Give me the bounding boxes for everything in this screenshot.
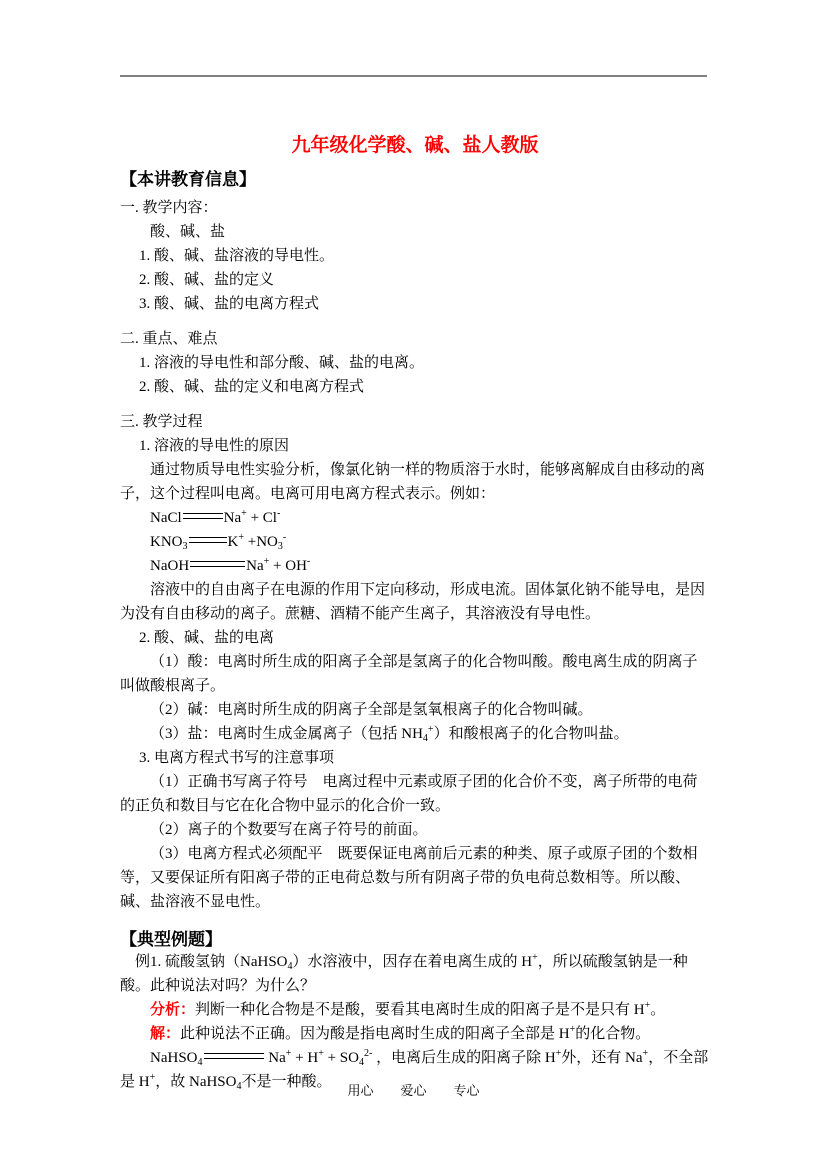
solution-label: 解： <box>150 1026 180 1042</box>
formula-segment: +NO <box>244 534 278 550</box>
text-segment: 的化合物。 <box>575 1026 650 1042</box>
note-3: （3）电离方程式必须配平 既要保证电离前后元素的种类、原子或原子团的个数相等，又… <box>120 842 710 914</box>
footer-word: 爱心 <box>400 1082 426 1100</box>
equation-nacl: NaClNa+ + Cl- <box>120 506 710 530</box>
formula-segment: NaCl <box>150 510 182 526</box>
text-segment: 。 <box>650 1002 665 1018</box>
list-item: 3. 酸、碱、盐的电离方程式 <box>120 292 710 316</box>
formula-segment: NaOH <box>150 558 189 574</box>
equation-naoh: NaOHNa+ + OH- <box>120 554 710 578</box>
list-item: 1. 溶液的导电性和部分酸、碱、盐的电离。 <box>120 351 710 375</box>
formula-segment: + H <box>291 1050 318 1066</box>
text-segment: ，电离后生成的阳离子除 H <box>372 1050 555 1066</box>
list-item: 1. 酸、碱、盐溶液的导电性。 <box>120 244 710 268</box>
subscript-count: 3 <box>183 541 188 552</box>
teaching-content-head: 一. 教学内容： <box>120 196 710 220</box>
list-item: 2. 酸、碱、盐的电离 <box>120 626 710 650</box>
formula-segment: K <box>228 534 239 550</box>
analysis-paragraph: 分析：判断一种化合物是不是酸，要看其电离时生成的阳离子是不是只有 H+。 <box>120 998 710 1022</box>
teaching-process-head: 三. 教学过程 <box>120 410 710 434</box>
list-item: 2. 酸、碱、盐的定义 <box>120 268 710 292</box>
list-item: 2. 酸、碱、盐的定义和电离方程式 <box>120 375 710 399</box>
solution-paragraph: 解：此种说法不正确。因为酸是指电离时生成的阳离子全部是 H+的化合物。 <box>120 1022 710 1046</box>
formula-segment: KNO <box>150 534 183 550</box>
text-segment: 例1. 硫酸氢钠（NaHSO <box>135 954 288 970</box>
document-content: 九年级化学酸、碱、盐人教版 【本讲教育信息】 一. 教学内容： 酸、碱、盐 1.… <box>120 0 710 1094</box>
text-segment: 外，还有 Na <box>561 1050 642 1066</box>
double-bond-line <box>189 537 227 543</box>
formula-segment: NaHSO <box>150 1050 198 1066</box>
note-2: （2）离子的个数要写在离子符号的前面。 <box>120 818 710 842</box>
list-item: 1. 溶液的导电性的原因 <box>120 434 710 458</box>
teaching-content-sub: 酸、碱、盐 <box>120 220 710 244</box>
list-item: 3. 电离方程式书写的注意事项 <box>120 746 710 770</box>
example-1-question: 例1. 硫酸氢钠（NaHSO4）水溶液中，因存在着电离生成的 H+，所以硫酸氢钠… <box>120 950 710 998</box>
formula-segment: + SO <box>324 1050 359 1066</box>
text-segment: （3）盐：电离时生成金属离子（包括 NH <box>150 726 423 742</box>
formula-segment: Na <box>265 1050 286 1066</box>
info-section-heading: 【本讲教育信息】 <box>120 170 710 190</box>
subscript-count: 4 <box>198 1057 203 1068</box>
formula-segment: Na <box>246 558 264 574</box>
acid-definition: （1）酸：电离时所生成的阳离子全部是氢离子的化合物叫酸。酸电离生成的阴离子叫做酸… <box>120 650 710 698</box>
key-points-head: 二. 重点、难点 <box>120 327 710 351</box>
note-1: （1）正确书写离子符号 电离过程中元素或原子团的化合价不变，离子所带的电荷的正负… <box>120 770 710 818</box>
double-bond-line <box>190 561 245 567</box>
salt-definition: （3）盐：电离时生成金属离子（包括 NH4+）和酸根离子的化合物叫盐。 <box>120 722 710 746</box>
text-segment: 此种说法不正确。因为酸是指电离时生成的阳离子全部是 H <box>180 1026 570 1042</box>
text-segment: ）水溶液中，因存在着电离生成的 H <box>293 954 533 970</box>
analysis-label: 分析： <box>150 1002 195 1018</box>
footer-word: 专心 <box>454 1082 480 1100</box>
text-segment: 判断一种化合物是不是酸，要看其电离时生成的阳离子是不是只有 H <box>195 1002 645 1018</box>
superscript-charge: - <box>277 508 280 519</box>
equation-kno3: KNO3K+ +NO3- <box>120 530 710 554</box>
superscript-charge: - <box>307 556 310 567</box>
document-title: 九年级化学酸、碱、盐人教版 <box>120 134 710 158</box>
page-footer: 用心 爱心 专心 <box>0 1082 827 1100</box>
formula-segment: + Cl <box>247 510 277 526</box>
document-page: 九年级化学酸、碱、盐人教版 【本讲教育信息】 一. 教学内容： 酸、碱、盐 1.… <box>0 0 827 1170</box>
superscript-charge: - <box>283 532 286 543</box>
examples-section-heading: 【典型例题】 <box>120 930 710 950</box>
text-segment: ）和酸根离子的化合物叫盐。 <box>434 726 629 742</box>
double-bond-line <box>204 1053 264 1059</box>
free-ions-paragraph: 溶液中的自由离子在电源的作用下定向移动，形成电流。固体氯化钠不能导电，是因为没有… <box>120 578 710 626</box>
double-bond-line <box>183 513 223 519</box>
formula-segment: + OH <box>269 558 307 574</box>
footer-word: 用心 <box>347 1082 373 1100</box>
formula-segment: Na <box>224 510 242 526</box>
intro-paragraph: 通过物质导电性实验分析，像氯化钠一样的物质溶于水时，能够离解成自由移动的离子，这… <box>120 458 710 506</box>
base-definition: （2）碱：电离时所生成的阴离子全部是氢氧根离子的化合物叫碱。 <box>120 698 710 722</box>
